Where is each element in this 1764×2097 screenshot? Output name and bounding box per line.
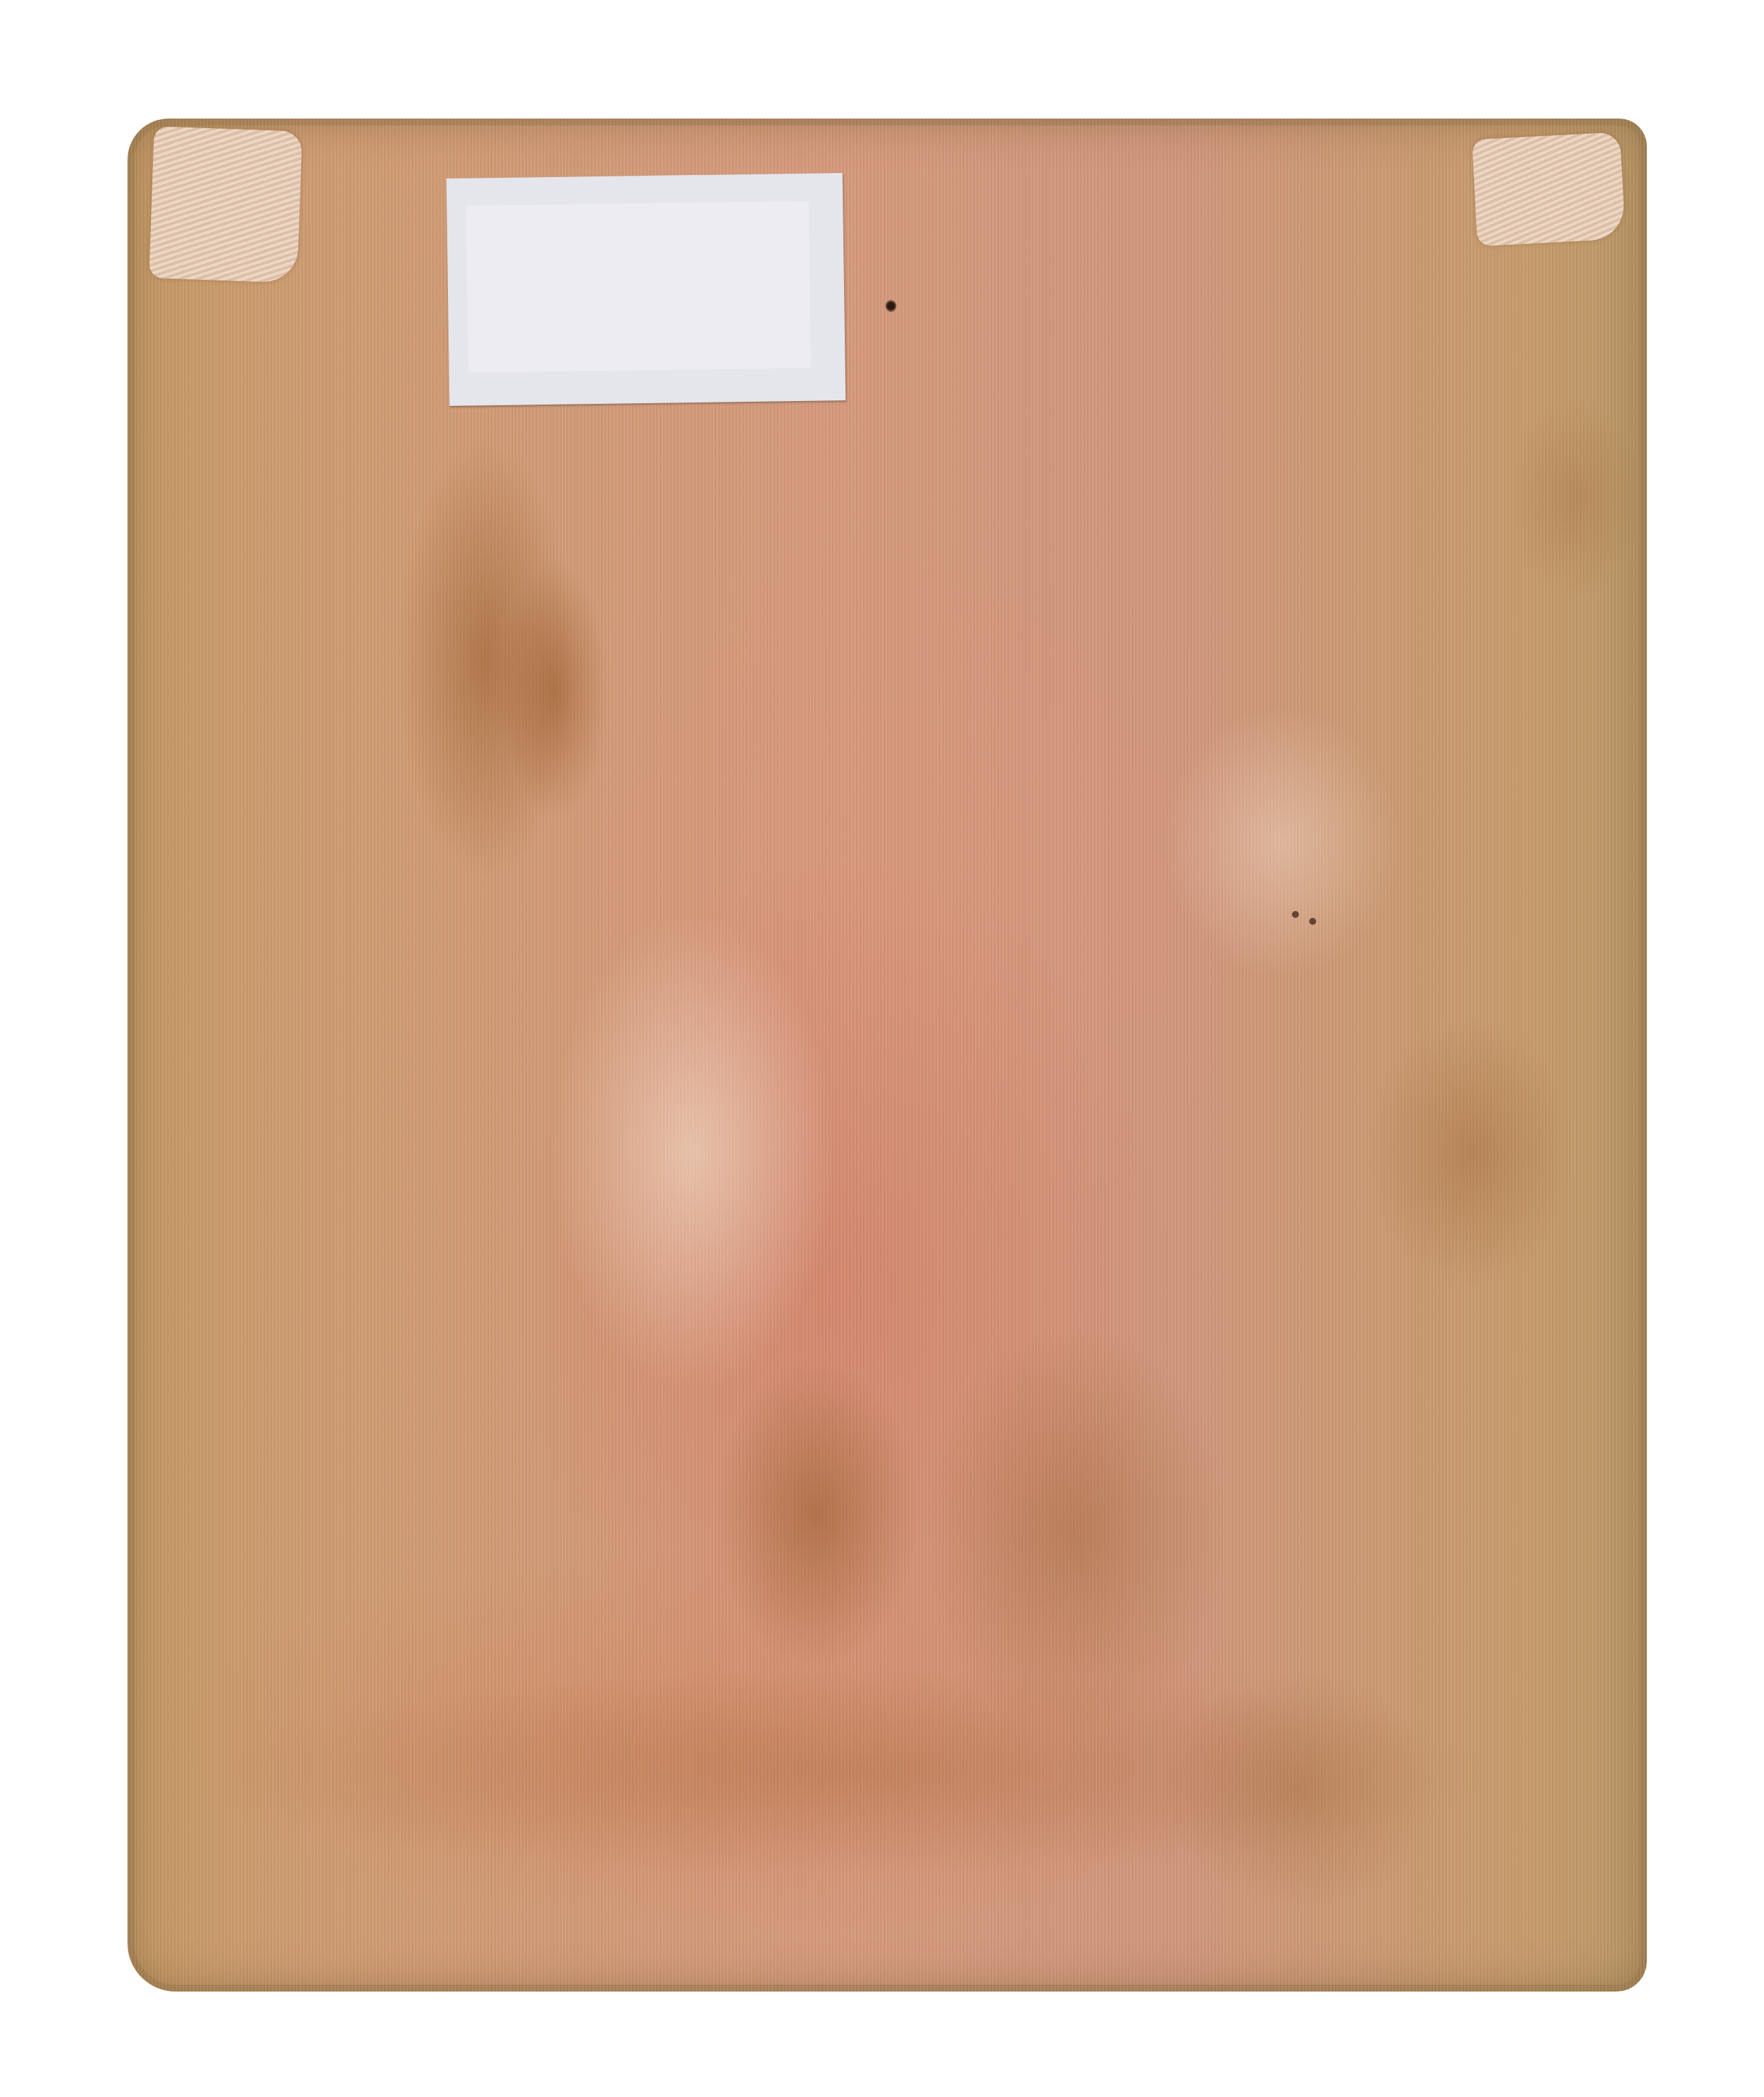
dark-spot	[1309, 918, 1316, 925]
stain-bottom-right	[1161, 1669, 1437, 1910]
worn-patch-center	[548, 911, 837, 1393]
silk-patch-top-right	[1472, 132, 1625, 246]
stain-right	[1368, 1014, 1575, 1290]
label-text-area	[466, 201, 810, 373]
nail-hole	[885, 300, 896, 312]
stain-upper-left-2	[500, 560, 610, 821]
stain-center-bottom	[713, 1359, 920, 1669]
silk-patch-top-left	[149, 126, 302, 283]
dark-spot	[1292, 911, 1299, 918]
stain-right-edge	[1506, 394, 1643, 601]
worn-patch-right	[1161, 704, 1402, 980]
velvet-panel	[127, 119, 1647, 1992]
blank-label	[447, 173, 846, 406]
